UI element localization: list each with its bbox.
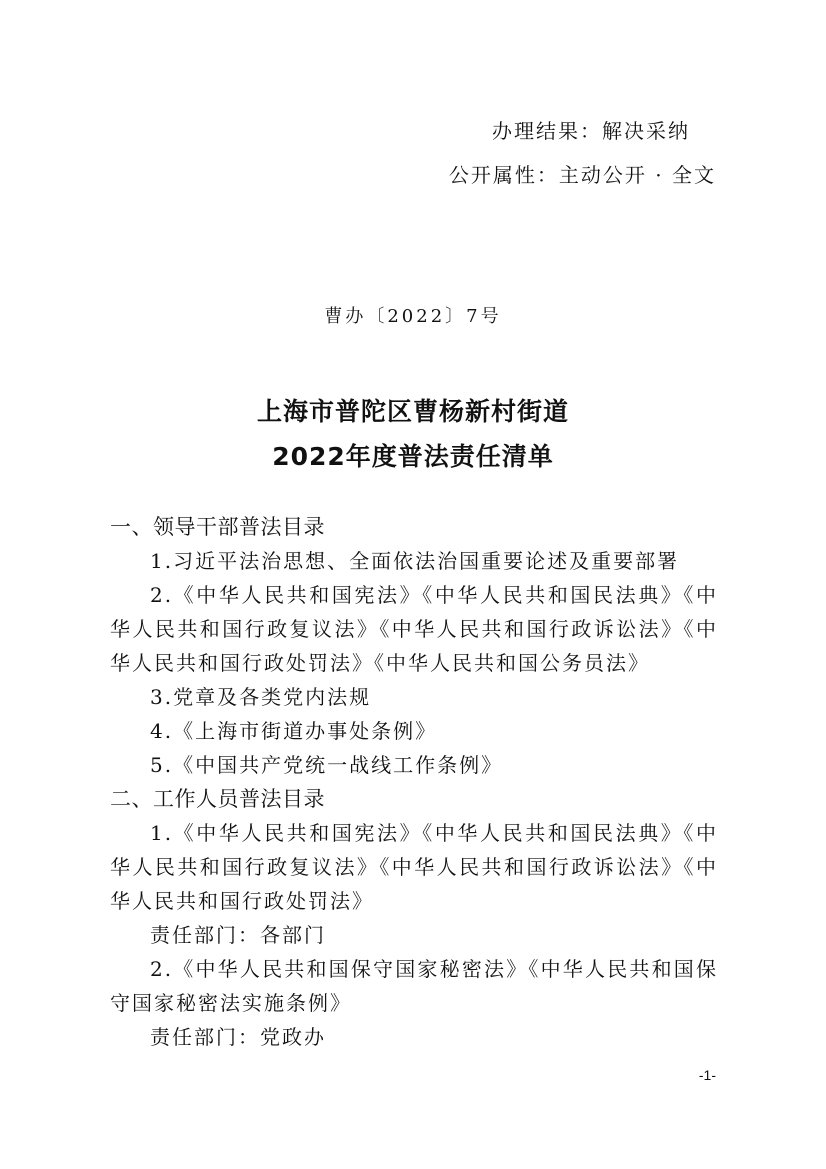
list-item: 2.《中华人民共和国宪法》《中华人民共和国民法典》《中华人民共和国行政复议法》《… [110, 578, 718, 680]
document-number: 曹办〔2022〕7号 [0, 302, 826, 328]
document-body: 一、领导干部普法目录 1.习近平法治思想、全面依法治国重要论述及重要部署 2.《… [110, 510, 718, 1054]
page-number: -1- [699, 1067, 716, 1083]
list-item: 2.《中华人民共和国保守国家秘密法》《中华人民共和国保守国家秘密法实施条例》 [110, 952, 718, 1020]
list-item: 4.《上海市街道办事处条例》 [110, 714, 718, 748]
document-title-line2: 2022年度普法责任清单 [0, 437, 826, 473]
section-heading: 二、工作人员普法目录 [110, 782, 718, 816]
handling-result: 办理结果：解决采纳 [492, 115, 690, 144]
list-item: 1.习近平法治思想、全面依法治国重要论述及重要部署 [110, 544, 718, 578]
responsible-department: 责任部门：各部门 [110, 918, 718, 952]
list-item: 3.党章及各类党内法规 [110, 680, 718, 714]
disclosure-attribute: 公开属性：主动公开 · 全文 [449, 159, 716, 188]
document-title-line1: 上海市普陀区曹杨新村街道 [0, 392, 826, 428]
list-item: 5.《中国共产党统一战线工作条例》 [110, 748, 718, 782]
section-heading: 一、领导干部普法目录 [110, 510, 718, 544]
responsible-department: 责任部门：党政办 [110, 1020, 718, 1054]
list-item: 1.《中华人民共和国宪法》《中华人民共和国民法典》《中华人民共和国行政复议法》《… [110, 816, 718, 918]
